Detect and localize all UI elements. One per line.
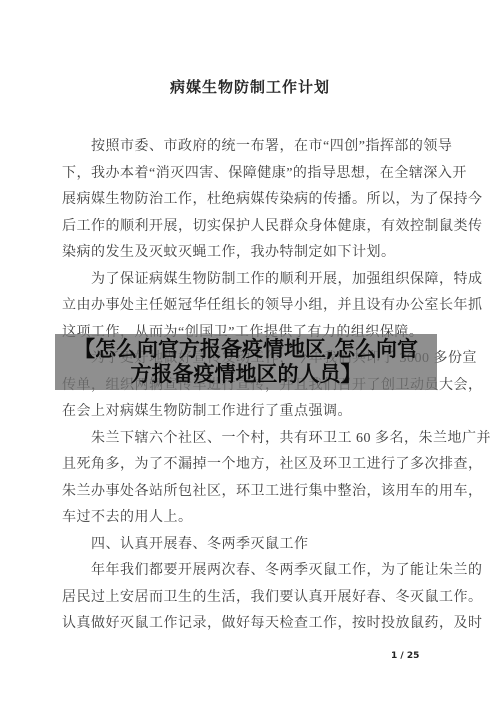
watermark-text-line-2: 方报备疫情地区的人员】: [131, 362, 362, 387]
document-line: 下，我办本着“消灭四害、保障健康”的指导思想，在全辖深入开: [62, 161, 443, 188]
document-line: 居民过上安居而卫生的生活，我们要认真开展好春、冬灭鼠工作。: [62, 585, 443, 612]
document-line: 朱兰下辖六个社区、一个村，共有环卫工 60 多名，朱兰地广并: [62, 426, 443, 453]
document-line: 染病的发生及灭蚊灭蝇工作，我办特制定如下计划。: [62, 240, 443, 267]
document-line: 按照市委、市政府的统一布署，在市“四创”指挥部的领导: [62, 134, 443, 161]
document-line: 年年我们都要开展两次春、冬两季灭鼠工作，为了能让朱兰的: [62, 558, 443, 585]
document-line: 在会上对病媒生物防制工作进行了重点强调。: [62, 399, 443, 426]
document-section-heading: 四、认真开展春、冬两季灭鼠工作: [62, 532, 443, 559]
document-page: 病媒生物防制工作计划 按照市委、市政府的统一布署，在市“四创”指挥部的领导 下，…: [0, 0, 500, 706]
document-line: 且死角多，为了不漏掉一个地方，社区及环卫工进行了多次排查，: [62, 452, 443, 479]
watermark-text-line-1: 【怎么向官方报备疫情地区,怎么向官: [74, 337, 418, 362]
page-indicator: 1 / 25: [391, 651, 419, 661]
document-line: 认真做好灭鼠工作记录，做好每天检查工作，按时投放鼠药，及时: [62, 611, 443, 638]
document-line: 车过不去的用人上。: [62, 505, 443, 532]
watermark-overlay: 【怎么向官方报备疫情地区,怎么向官 方报备疫情地区的人员】: [55, 334, 437, 390]
document-line: 为了保证病媒生物防制工作的顺利开展，加强组织保障，特成: [62, 267, 443, 294]
document-line: 立由办事处主任姬冠华任组长的领导小组，并且设有办公室长年抓: [62, 293, 443, 320]
document-line: 后工作的顺利开展，切实保护人民群众身体健康，有效控制鼠类传: [62, 214, 443, 241]
document-title: 病媒生物防制工作计划: [0, 76, 500, 97]
document-line: 朱兰办事处各站所包社区，环卫工进行集中整治，该用车的用车，: [62, 479, 443, 506]
document-line: 展病媒生物防治工作，杜绝病媒传染病的传播。所以，为了保持今: [62, 187, 443, 214]
